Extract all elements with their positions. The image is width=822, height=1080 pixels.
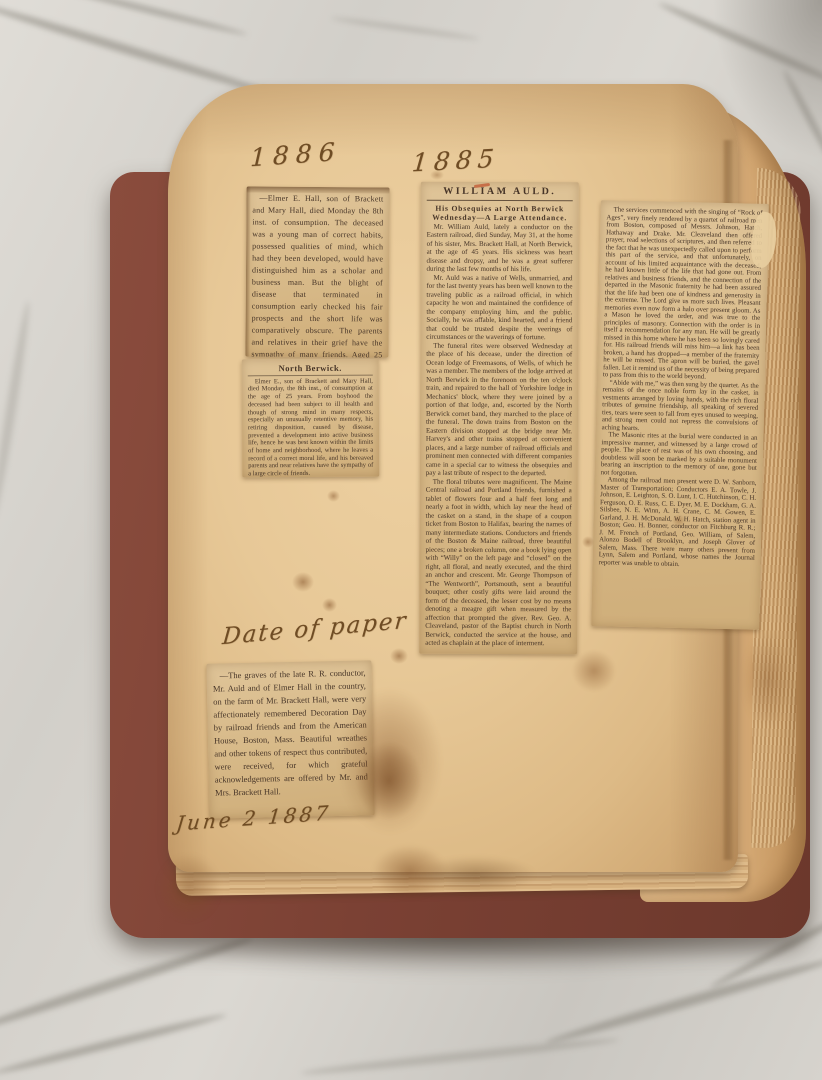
clipping-headline: WILLIAM AULD. xyxy=(427,188,573,201)
marble-vein xyxy=(0,301,33,520)
clipping-torn-edge xyxy=(245,187,250,357)
clipping-headline: North Berwick. xyxy=(248,365,373,376)
clipping-north-berwick: North Berwick. Elmer E., son of Brackett… xyxy=(242,359,380,478)
clipping-william-auld: WILLIAM AULD. His Obsequies at North Ber… xyxy=(419,182,579,655)
clipping-paragraph: —Elmer E. Hall, son of Brackett and Mary… xyxy=(251,193,383,358)
marble-vein xyxy=(330,16,479,42)
clipping-paragraph: The funeral rites were observed Wednesda… xyxy=(426,341,572,478)
clipping-paragraph: The services commenced with the singing … xyxy=(603,206,763,382)
clipping-paragraph: Among the railroad men present were D. W… xyxy=(599,476,757,570)
clipping-torn-edge xyxy=(247,187,390,194)
clipping-paragraph: The Masonic rites at the burial were con… xyxy=(601,431,758,480)
marble-vein xyxy=(0,1011,227,1077)
clipping-subheadline: His Obsequies at North Berwick Wednesday… xyxy=(427,203,573,223)
clipping-paragraph: Mr. Auld was a native of Wells, unmarrie… xyxy=(426,273,572,342)
marble-vein xyxy=(300,1035,619,1077)
clipping-paragraph: —The graves of the late R. R. conductor,… xyxy=(213,666,369,799)
clipping-paragraph: “Abide with me,” was then sung by the qu… xyxy=(602,379,759,435)
clipping-elmer-hall-obituary: —Elmer E. Hall, son of Brackett and Mary… xyxy=(245,187,389,358)
clipping-funeral-services: The services commenced with the singing … xyxy=(591,200,769,630)
clipping-paragraph: Elmer E., son of Brackett and Mary Hall,… xyxy=(248,377,374,477)
clipping-paragraph: Mr. William Auld, lately a conductor on … xyxy=(427,222,573,274)
handwritten-year-1885: 1885 xyxy=(411,144,501,178)
clipping-graves-decoration: —The graves of the late R. R. conductor,… xyxy=(206,660,374,818)
clipping-paragraph: The floral tributes were magnificent. Th… xyxy=(425,477,572,648)
